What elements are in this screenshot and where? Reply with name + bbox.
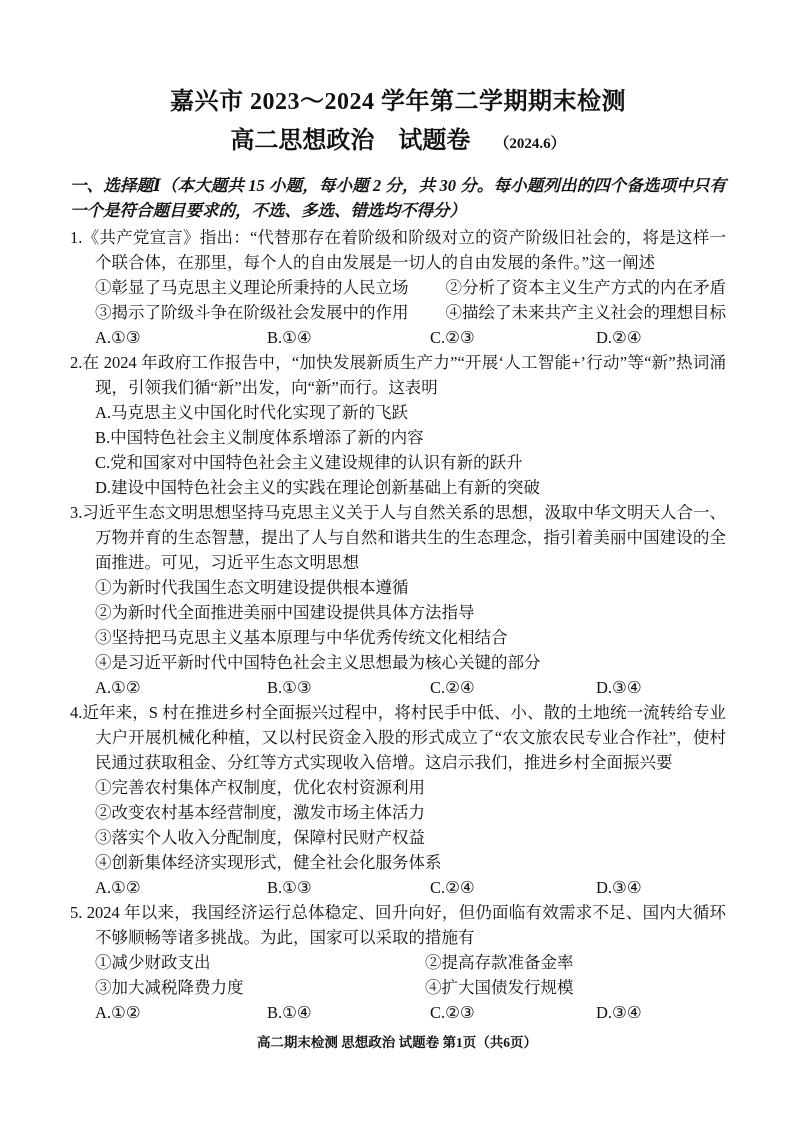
exam-title: 嘉兴市 2023～2024 学年第二学期期末检测	[70, 86, 726, 118]
question-5-stem: 5. 2024 年以来，我国经济运行总体稳定、回升向好，但仍面临有效需求不足、国…	[70, 900, 726, 950]
option-item-3: ③加大减税降费力度	[95, 975, 425, 1000]
question-5-option-row-2: ③加大减税降费力度 ④扩大国债发行规模	[70, 975, 726, 1000]
option-item-3: ③落实个人收入分配制度，保障村民财产权益	[70, 825, 726, 850]
exam-subtitle-row: 高二思想政治 试题卷（2024.6）	[70, 126, 726, 159]
option-item-3: ③揭示了阶级斗争在阶级社会发展中的作用	[95, 300, 409, 325]
question-5: 5. 2024 年以来，我国经济运行总体稳定、回升向好，但仍面临有效需求不足、国…	[70, 900, 726, 1025]
question-4-choice-row: A.①② B.①③ C.②④ D.③④	[70, 875, 726, 900]
choice-b: B.①③	[267, 675, 430, 700]
choice-b: B.中国特色社会主义制度体系增添了新的内容	[70, 425, 726, 450]
choice-c: C.②③	[430, 1000, 596, 1025]
question-4-stem: 4.近年来，S 村在推进乡村全面振兴过程中，将村民手中低、小、散的土地统一流转给…	[70, 700, 726, 775]
question-2: 2.在 2024 年政府工作报告中，“加快发展新质生产力”“开展‘人工智能+’行…	[70, 350, 726, 500]
question-5-option-row-1: ①减少财政支出 ②提高存款准备金率	[70, 950, 726, 975]
question-1-option-row-2: ③揭示了阶级斗争在阶级社会发展中的作用 ④描绘了未来共产主义社会的理想目标	[70, 300, 726, 325]
choice-b: B.①③	[267, 875, 430, 900]
exam-date: （2024.6）	[494, 136, 565, 152]
choice-c: C.②④	[430, 875, 596, 900]
option-item-4: ④扩大国债发行规模	[425, 975, 726, 1000]
choice-a: A.①③	[95, 325, 267, 350]
choice-a: A.①②	[95, 1000, 267, 1025]
question-3: 3.习近平生态文明思想坚持马克思主义关于人与自然关系的思想，汲取中华文明天人合一…	[70, 500, 726, 700]
question-5-choice-row: A.①② B.①④ C.②③ D.③④	[70, 1000, 726, 1025]
question-list: 1.《共产党宣言》指出：“代替那存在着阶级和阶级对立的资产阶级旧社会的，将是这样…	[70, 225, 726, 1025]
choice-c: C.党和国家对中国特色社会主义建设规律的认识有新的跃升	[70, 450, 726, 475]
choice-b: B.①④	[267, 325, 430, 350]
choice-a: A.①②	[95, 875, 267, 900]
exam-subtitle: 高二思想政治 试题卷	[230, 128, 470, 154]
question-2-stem: 2.在 2024 年政府工作报告中，“加快发展新质生产力”“开展‘人工智能+’行…	[70, 350, 726, 400]
page-content: 嘉兴市 2023～2024 学年第二学期期末检测 高二思想政治 试题卷（2024…	[70, 0, 726, 1025]
choice-d: D.③④	[596, 1000, 726, 1025]
choice-d: D.③④	[596, 875, 726, 900]
question-4: 4.近年来，S 村在推进乡村全面振兴过程中，将村民手中低、小、散的土地统一流转给…	[70, 700, 726, 900]
option-item-1: ①减少财政支出	[95, 950, 425, 975]
choice-b: B.①④	[267, 1000, 430, 1025]
question-1-stem: 1.《共产党宣言》指出：“代替那存在着阶级和阶级对立的资产阶级旧社会的，将是这样…	[70, 225, 726, 275]
question-1-choice-row: A.①③ B.①④ C.②③ D.②④	[70, 325, 726, 350]
option-item-2: ②改变农村基本经营制度，激发市场主体活力	[70, 800, 726, 825]
option-item-4: ④是习近平新时代中国特色社会主义思想最为核心关键的部分	[70, 650, 726, 675]
choice-a: A.马克思主义中国化时代化实现了新的飞跃	[70, 400, 726, 425]
choice-c: C.②④	[430, 675, 596, 700]
option-item-2: ②提高存款准备金率	[425, 950, 726, 975]
question-3-choice-row: A.①② B.①③ C.②④ D.③④	[70, 675, 726, 700]
question-1: 1.《共产党宣言》指出：“代替那存在着阶级和阶级对立的资产阶级旧社会的，将是这样…	[70, 225, 726, 350]
option-item-3: ③坚持把马克思主义基本原理与中华优秀传统文化相结合	[70, 625, 726, 650]
choice-d: D.②④	[596, 325, 726, 350]
option-item-4: ④描绘了未来共产主义社会的理想目标	[446, 300, 727, 325]
question-3-stem: 3.习近平生态文明思想坚持马克思主义关于人与自然关系的思想，汲取中华文明天人合一…	[70, 500, 726, 575]
option-item-2: ②为新时代全面推进美丽中国建设提供具体方法指导	[70, 600, 726, 625]
option-item-4: ④创新集体经济实现形式，健全社会化服务体系	[70, 850, 726, 875]
question-1-option-row-1: ①彰显了马克思主义理论所秉持的人民立场 ②分析了资本主义生产方式的内在矛盾	[70, 275, 726, 300]
page-footer: 高二期末检测 思想政治 试题卷 第1页（共6页）	[0, 1031, 794, 1051]
section-header: 一、选择题Ⅰ（本大题共 15 小题，每小题 2 分，共 30 分。每小题列出的四…	[70, 173, 726, 223]
choice-d: D.建设中国特色社会主义的实践在理论创新基础上有新的突破	[70, 475, 726, 500]
choice-c: C.②③	[430, 325, 596, 350]
option-item-1: ①彰显了马克思主义理论所秉持的人民立场	[95, 275, 409, 300]
choice-d: D.③④	[596, 675, 726, 700]
option-item-1: ①完善农村集体产权制度，优化农村资源利用	[70, 775, 726, 800]
exam-paper-page: 嘉兴市 2023～2024 学年第二学期期末检测 高二思想政治 试题卷（2024…	[0, 0, 794, 1123]
choice-a: A.①②	[95, 675, 267, 700]
option-item-2: ②分析了资本主义生产方式的内在矛盾	[446, 275, 727, 300]
option-item-1: ①为新时代我国生态文明建设提供根本遵循	[70, 575, 726, 600]
